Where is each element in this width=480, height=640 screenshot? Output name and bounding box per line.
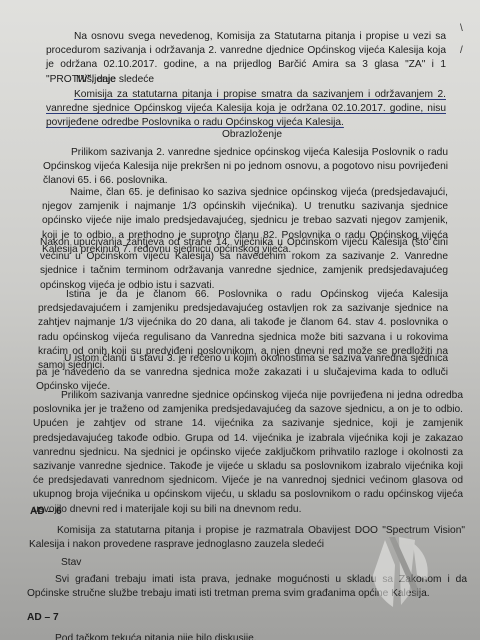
margin-marks: \ / <box>460 18 463 62</box>
obrazlozenje-heading: Obrazloženje <box>222 129 282 140</box>
stav-heading: Stav <box>61 557 81 568</box>
misljenje-heading: Mišljenje <box>76 74 116 85</box>
obrazlozenje-paragraph: Nakon upućivanja zahtjeva od strane 14. … <box>40 236 448 293</box>
margin-mark: / <box>460 40 463 62</box>
ad7-text: Pod tačkom tekuća pitanja nije bilo disk… <box>27 632 467 640</box>
logo-watermark-icon <box>365 535 435 620</box>
margin-mark: \ <box>460 18 463 40</box>
misljenje-text: Komisija za statutarna pitanja i propise… <box>46 88 446 131</box>
ad6-heading: AD – 6 <box>30 506 62 517</box>
document-page: \ / Na osnovu svega nevedenog, Komisija … <box>0 0 480 640</box>
ad7-heading: AD – 7 <box>27 612 59 623</box>
obrazlozenje-paragraph: Prilikom sazivanja vanredne sjednice opć… <box>33 389 463 517</box>
obrazlozenje-paragraph: Prilikom sazivanja 2. vanredne sjednice … <box>43 146 448 189</box>
